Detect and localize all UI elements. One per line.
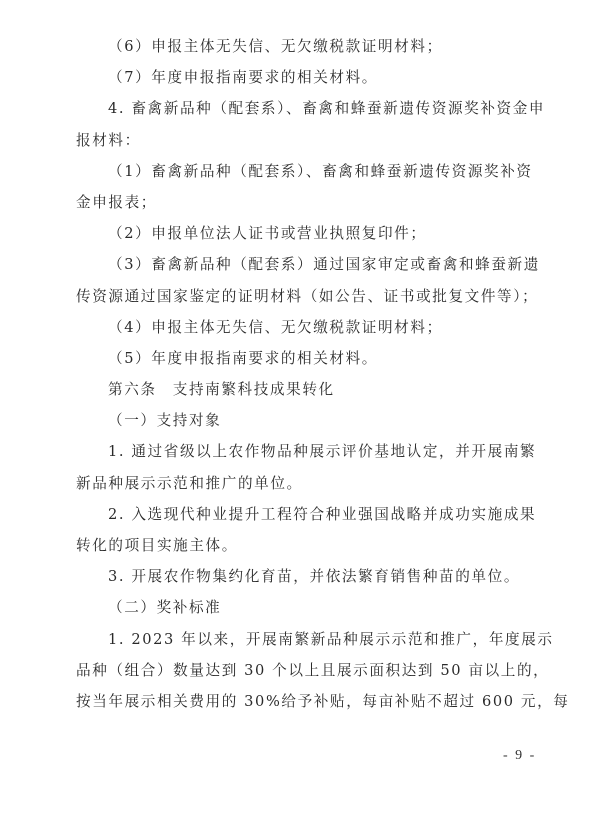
page-number: - 9 - — [503, 748, 536, 764]
article-6-heading: 第六条 支持南繁科技成果转化 — [76, 374, 536, 405]
standard-item-1-cont-a: 品种（组合）数量达到 30 个以上且展示面积达到 50 亩以上的， — [76, 655, 536, 686]
target-item-2: 2. 入选现代种业提升工程符合种业强国战略并成功实施成果 — [76, 499, 536, 530]
list-item-6-dishonesty-tax-proof: （6）申报主体无失信、无欠缴税款证明材料； — [76, 31, 536, 62]
standard-item-1-cont-b: 按当年展示相关费用的 30%给予补贴，每亩补贴不超过 600 元，每 — [76, 686, 536, 717]
list-item-1-application-form-cont: 金申报表； — [76, 187, 536, 218]
document-page: （6）申报主体无失信、无欠缴税款证明材料； （7）年度申报指南要求的相关材料。 … — [76, 31, 536, 717]
list-item-4-dishonesty-tax-proof: （4）申报主体无失信、无欠缴税款证明材料； — [76, 312, 536, 343]
list-item-3-certification-cont: 传资源通过国家鉴定的证明材料（如公告、证书或批复文件等）； — [76, 281, 536, 312]
target-item-1-cont: 新品种展示示范和推广的单位。 — [76, 468, 536, 499]
list-item-7-guide-materials: （7）年度申报指南要求的相关材料。 — [76, 62, 536, 93]
subsection-1-support-targets: （一）支持对象 — [76, 405, 536, 436]
list-item-2-license-copy: （2）申报单位法人证书或营业执照复印件； — [76, 218, 536, 249]
list-item-5-guide-materials: （5）年度申报指南要求的相关材料。 — [76, 343, 536, 374]
target-item-3: 3. 开展农作物集约化育苗，并依法繁育销售种苗的单位。 — [76, 561, 536, 592]
section-4-heading-cont: 报材料： — [76, 125, 536, 156]
standard-item-1: 1. 2023 年以来，开展南繁新品种展示示范和推广，年度展示 — [76, 624, 536, 655]
list-item-3-certification: （3）畜禽新品种（配套系）通过国家审定或畜禽和蜂蚕新遗 — [76, 249, 536, 280]
subsection-2-subsidy-standards: （二）奖补标准 — [76, 592, 536, 623]
section-4-heading: 4. 畜禽新品种（配套系）、畜禽和蜂蚕新遗传资源奖补资金申 — [76, 93, 536, 124]
target-item-1: 1. 通过省级以上农作物品种展示评价基地认定，并开展南繁 — [76, 436, 536, 467]
list-item-1-application-form: （1）畜禽新品种（配套系）、畜禽和蜂蚕新遗传资源奖补资 — [76, 156, 536, 187]
target-item-2-cont: 转化的项目实施主体。 — [76, 530, 536, 561]
